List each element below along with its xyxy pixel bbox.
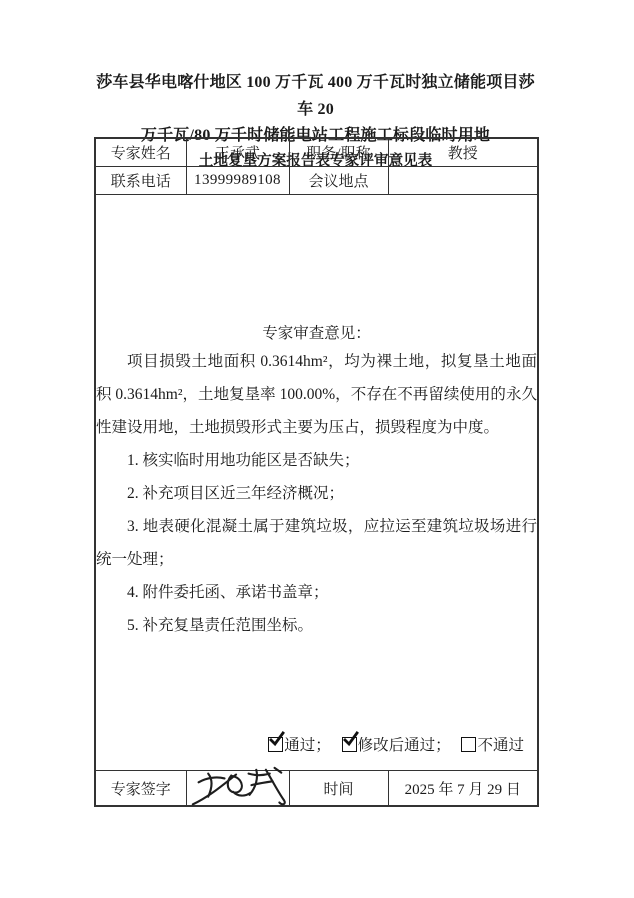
checkbox-fail-icon[interactable] xyxy=(461,737,476,752)
opinion-item-4: 4. 附件委托函、承诺书盖章； xyxy=(96,576,537,609)
date-value: 2025 年 7 月 29 日 xyxy=(388,771,538,807)
opinion-body: 项目损毁土地面积 0.3614hm²，均为裸土地，拟复垦土地面积 0.3614h… xyxy=(96,345,537,642)
expert-name-label: 专家姓名 xyxy=(95,138,186,167)
time-label: 时间 xyxy=(289,771,388,807)
title-line-1: 莎车县华电喀什地区 100 万千瓦 400 万千瓦时独立储能项目莎车 20 xyxy=(94,70,537,123)
verdict-pass-label: 通过； xyxy=(284,737,331,754)
opinion-item-1: 1. 核实临时用地功能区是否缺失； xyxy=(96,444,537,477)
opinion-item-3: 3. 地表硬化混凝土属于建筑垃圾，应拉运至建筑垃圾场进行统一处理； xyxy=(96,510,537,576)
verdict-fail-label: 不通过 xyxy=(477,737,524,754)
verdict-pass-after-revision-label: 修改后通过； xyxy=(358,737,451,754)
expert-name-value: 王承武 xyxy=(186,138,289,167)
verdict-option-fail[interactable]: 不通过 xyxy=(461,733,524,755)
phone-value: 13999989108 xyxy=(186,167,289,195)
table-row-opinion: 专家审查意见： 项目损毁土地面积 0.3614hm²，均为裸土地，拟复垦土地面积… xyxy=(95,195,538,771)
opinion-summary: 项目损毁土地面积 0.3614hm²，均为裸土地，拟复垦土地面积 0.3614h… xyxy=(96,345,537,444)
table-row-expert-name: 专家姓名 王承武 职务/职称 教授 xyxy=(95,138,538,167)
signature-field[interactable] xyxy=(186,771,289,807)
signature-label: 专家签字 xyxy=(95,771,186,807)
opinion-item-5: 5. 补充复垦责任范围坐标。 xyxy=(96,609,537,642)
checkbox-pass-icon[interactable] xyxy=(268,737,283,752)
meeting-place-label: 会议地点 xyxy=(289,167,388,195)
checkbox-pass-after-revision-icon[interactable] xyxy=(342,737,357,752)
phone-label: 联系电话 xyxy=(95,167,186,195)
verdict-option-pass[interactable]: 通过； xyxy=(268,733,331,755)
verdict-option-pass-after-revision[interactable]: 修改后通过； xyxy=(342,733,451,755)
checkmark-icon xyxy=(342,731,359,748)
job-title-label: 职务/职称 xyxy=(289,138,388,167)
table-row-signature: 专家签字 时间 2025 年 7 月 29 日 xyxy=(95,771,538,807)
handwritten-signature-icon xyxy=(188,764,288,810)
table-row-contact: 联系电话 13999989108 会议地点 xyxy=(95,167,538,195)
meeting-place-value[interactable] xyxy=(388,167,538,195)
checkmark-icon xyxy=(268,731,285,748)
job-title-value: 教授 xyxy=(388,138,538,167)
review-form-table: 专家姓名 王承武 职务/职称 教授 联系电话 13999989108 会议地点 … xyxy=(94,137,539,807)
opinion-item-2: 2. 补充项目区近三年经济概况； xyxy=(96,477,537,510)
document-page: 莎车县华电喀什地区 100 万千瓦 400 万千瓦时独立储能项目莎车 20 万千… xyxy=(0,0,634,898)
opinion-cell: 专家审查意见： 项目损毁土地面积 0.3614hm²，均为裸土地，拟复垦土地面积… xyxy=(95,195,538,771)
verdict-options: 通过； 修改后通过； 不 xyxy=(268,733,524,755)
opinion-section-label: 专家审查意见： xyxy=(96,323,537,345)
